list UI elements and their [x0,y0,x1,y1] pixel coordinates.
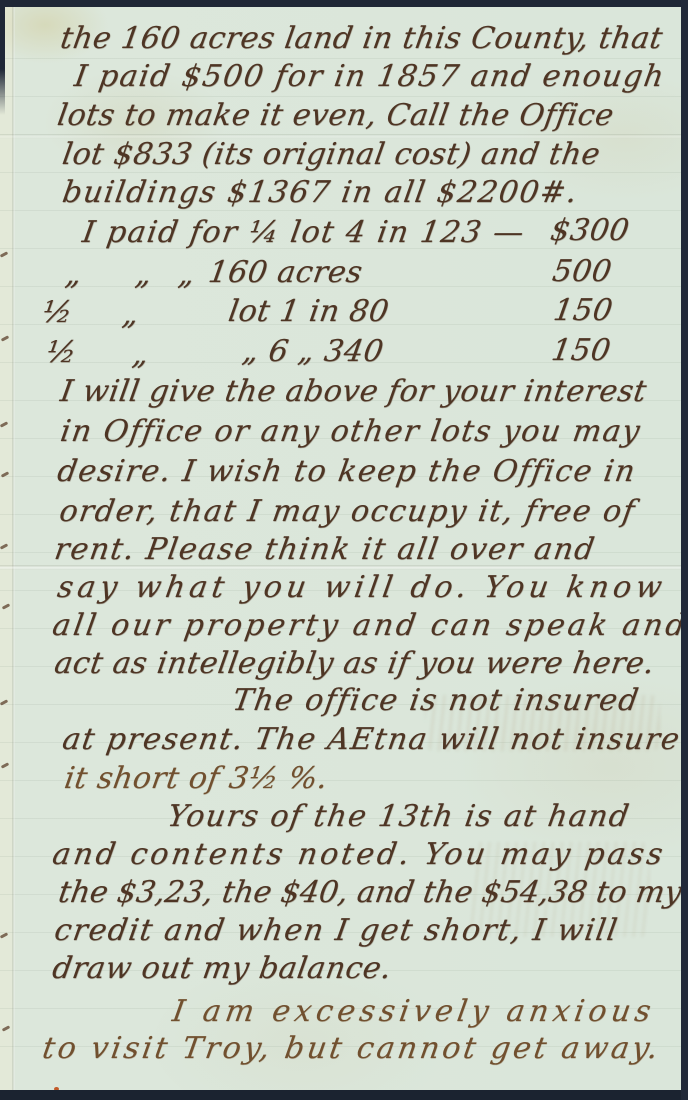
letter-line: I will give the above for your interest [58,375,649,409]
letter-line: rent. Please think it all over and [52,533,598,567]
ledger-amount: 500 [550,255,614,289]
letter-line: and contents noted. You may pass [50,838,668,872]
letter-line: buildings $1367 in all $2200#. [60,176,581,210]
ledger-fraction: ½ [44,336,79,370]
letter-line: the $3,23, the $40, and the $54,38 to my [56,876,684,910]
letter-line: all our property and can speak and [50,609,688,643]
letter-line: it short of 3½ %. [62,762,330,796]
letter-line: The office is not insured [230,684,642,718]
ledger-fraction: ½ [40,296,75,330]
stray-ink-mark [1,471,9,477]
ledger-amount: 150 [551,294,615,328]
letter-line: at present. The AEtna will not insure [60,723,683,757]
scan-border-left [0,0,5,115]
stray-ink-mark [0,699,8,705]
ledger-amount: 150 [549,334,613,368]
scan-border-bottom [0,1090,688,1100]
letter-scan: { "document": { "kind": "scanned handwri… [0,0,688,1100]
scan-border-top [0,0,688,7]
letter-line: in Office or any other lots you may [58,415,643,449]
letter-line: the 160 acres land in this County, that [58,22,665,56]
ledger-item: lot 1 in 80 [226,295,391,329]
stray-ink-mark [1,762,9,768]
stray-ink-mark [2,1025,10,1031]
ledger-item: 160 acres [206,256,365,290]
stray-ink-mark [0,251,8,257]
letter-line: I paid $500 for in 1857 and enough [72,60,667,94]
letter-line: lot $833 (its original cost) and the [60,138,603,172]
letter-line: to visit Troy, but cannot get away. [40,1032,663,1066]
letter-line: lots to make it even, Call the Office [55,99,616,133]
letter-line: I am excessively anxious [170,995,658,1029]
letter-line: Yours of the 13th is at hand [165,800,632,834]
letter-line: draw out my balance. [50,952,394,986]
letter-line: act as intellegibly as if you were here. [52,647,657,681]
letter-line: order, that I may occupy it, free of [57,495,638,529]
scan-border-right [681,0,688,1100]
stray-ink-mark [0,543,8,549]
stray-ink-mark [0,932,8,938]
stray-ink-mark [1,335,9,341]
letter-line: desire. I wish to keep the Office in [55,455,639,489]
stray-ink-mark [0,421,8,427]
ledger-amount: $300 [548,214,632,248]
fold-crease-vertical [12,7,15,1090]
letter-line: credit and when I get short, I will [52,914,621,948]
ledger-item: I paid for ¼ lot 4 in 123 — [80,216,527,250]
letter-line: say what you will do. You know [55,571,669,605]
ledger-item: „ 6 „ 340 [240,335,386,369]
stray-ink-mark [2,603,10,609]
